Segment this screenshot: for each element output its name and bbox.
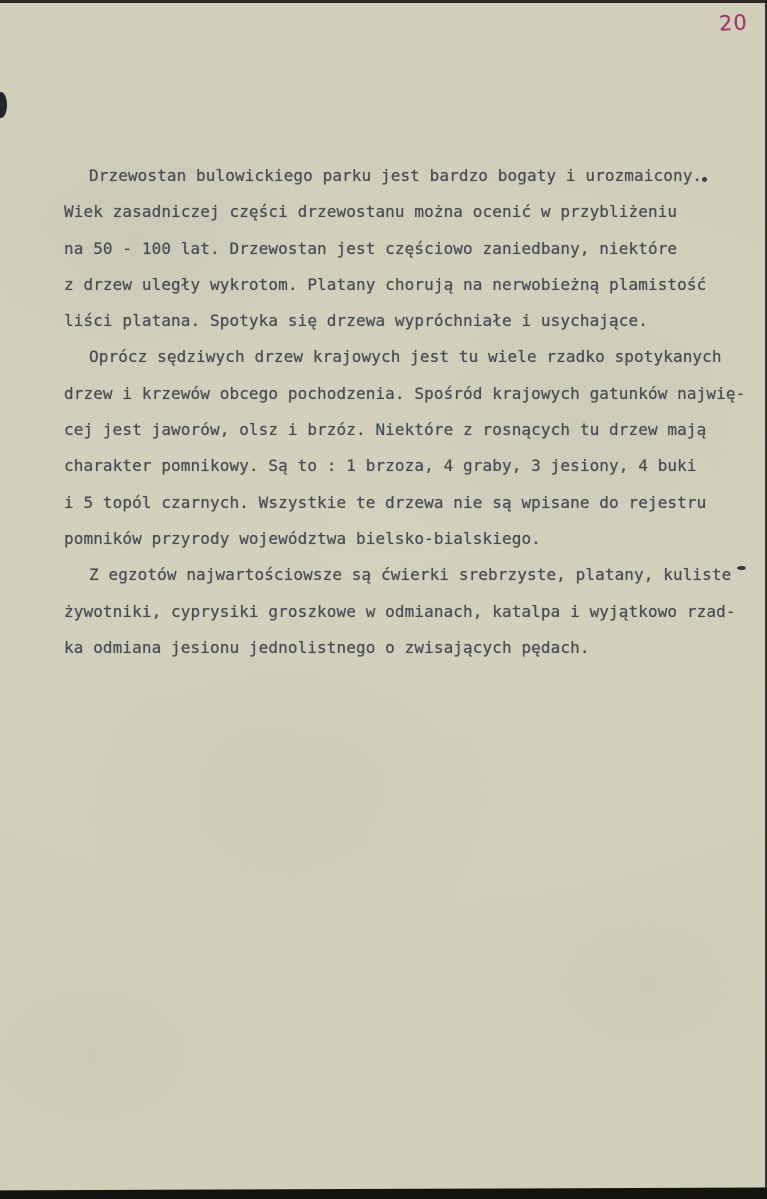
ink-blot-left-edge [0,92,7,118]
scanned-document-page: 20 Drzewostan bulowickiego parku jest ba… [0,0,767,1199]
text-line: ka odmiana jesionu jednolistnego o zwisa… [64,630,754,666]
text-line: cej jest jaworów, olsz i brzóz. Niektóre… [64,412,754,448]
text-line: Drzewostan bulowickiego parku jest bardz… [64,158,754,194]
text-line: charakter pomnikowy. Są to : 1 brzoza, 4… [64,448,754,484]
typewritten-text-block: Drzewostan bulowickiego parku jest bardz… [64,158,754,666]
text-line: żywotniki, cyprysiki groszkowe w odmiana… [64,594,754,630]
text-line: drzew i krzewów obcego pochodzenia. Spoś… [64,376,754,412]
text-line: na 50 - 100 lat. Drzewostan jest częścio… [64,231,754,267]
text-line: liści platana. Spotyka się drzewa wypróc… [64,303,754,339]
scan-edge-bottom [0,1185,767,1199]
text-line: Z egzotów najwartościowsze są ćwierki sr… [64,557,754,593]
text-line: i 5 topól czarnych. Wszystkie te drzewa … [64,485,754,521]
scan-edge-top [0,0,767,3]
text-line: Oprócz sędziwych drzew krajowych jest tu… [64,339,754,375]
text-line: pomników przyrody województwa bielsko-bi… [64,521,754,557]
text-line: Wiek zasadniczej części drzewostanu możn… [64,194,754,230]
page-number: 20 [718,10,748,35]
text-line: z drzew uległy wykrotom. Platany chorują… [64,267,754,303]
